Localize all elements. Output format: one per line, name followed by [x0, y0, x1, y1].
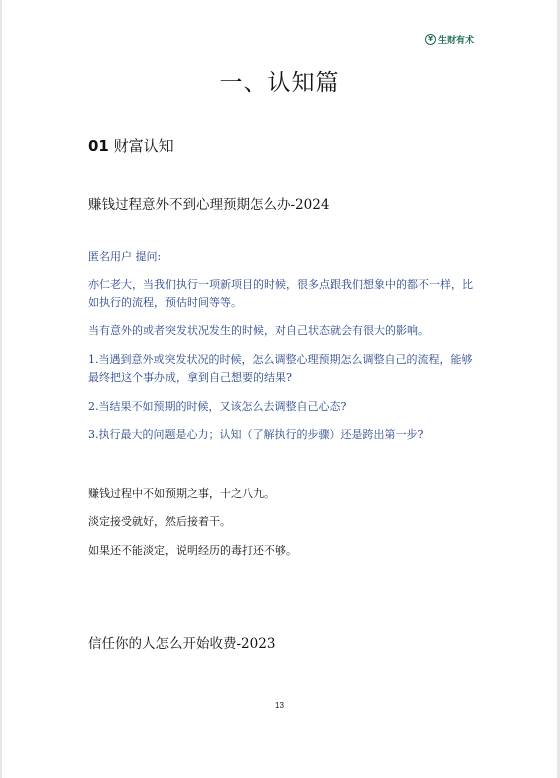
question-paragraph: 亦仁老大，当我们执行一项新项目的时候，很多点跟我们想象中的都不一样，比如执行的流… [88, 276, 478, 312]
brand-logo: ¥ 生财有术 [425, 33, 474, 46]
answer-paragraph: 赚钱过程中不如预期之事，十之八九。 [88, 485, 478, 503]
question-item-3: 3.执行最大的问题是心力；认知（了解执行的步骤）还是跨出第一步? [88, 426, 478, 444]
section-heading: 01 财富认知 [88, 135, 174, 156]
question-asker: 匿名用户 提问: [88, 248, 478, 266]
question-paragraph: 当有意外的或者突发状况发生的时候，对自己状态就会有很大的影响。 [88, 322, 478, 340]
article-title: 信任你的人怎么开始收费-2023 [88, 632, 275, 652]
document-page: ¥ 生财有术 一、认知篇 01 财富认知 赚钱过程意外不到心理预期怎么办-202… [2, 0, 557, 778]
article-title: 赚钱过程意外不到心理预期怎么办-2024 [88, 193, 329, 213]
section-number: 01 [88, 137, 109, 155]
answer-paragraph: 如果还不能淡定，说明经历的毒打还不够。 [88, 542, 478, 560]
page-title: 一、认知篇 [2, 64, 557, 97]
question-item-2: 2.当结果不如预期的时候，又该怎么去调整自己心态? [88, 398, 478, 416]
question-item-1: 1.当遇到意外或突发状况的时候，怎么调整心理预期怎么调整自己的流程，能够最终把这… [88, 351, 478, 387]
section-title: 财富认知 [114, 137, 174, 155]
answer-paragraph: 淡定接受就好，然后接着干。 [88, 513, 478, 531]
brand-logo-text: 生财有术 [438, 33, 474, 46]
page-number: 13 [2, 701, 557, 710]
yen-circle-icon: ¥ [425, 34, 436, 45]
